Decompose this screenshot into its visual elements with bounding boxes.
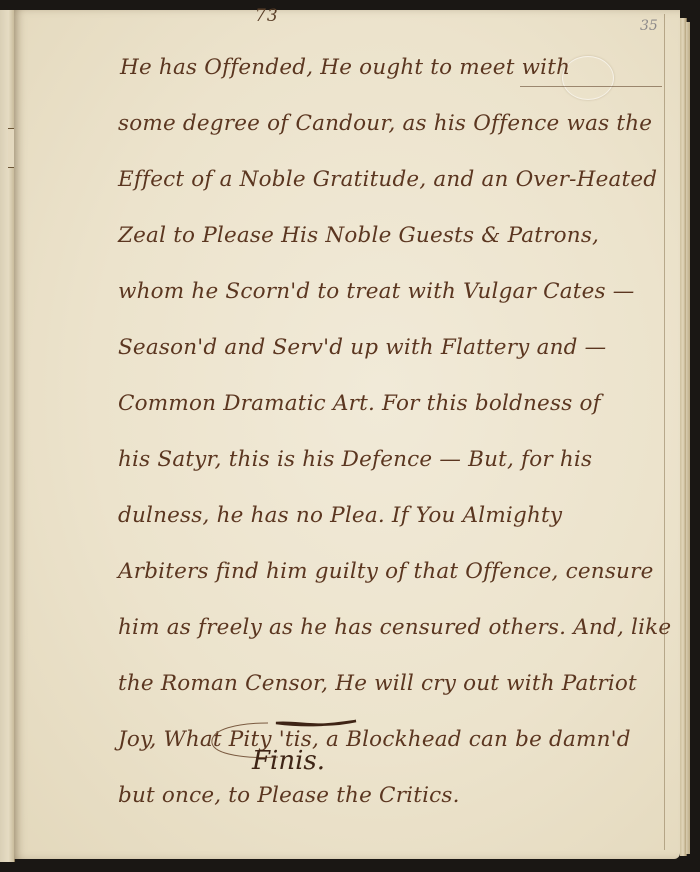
text-line: some degree of Candour, as his Offence w… — [118, 96, 678, 152]
manuscript-text: He has Offended, He ought to meet with s… — [118, 40, 678, 824]
page-number: 73 — [255, 6, 279, 26]
text-line: the Roman Censor, He will cry out with P… — [118, 656, 678, 712]
text-line: He has Offended, He ought to meet with — [118, 40, 678, 96]
text-line: whom he Scorn'd to treat with Vulgar Cat… — [118, 264, 678, 320]
text-line: Joy, What Pity 'tis, a Blockhead can be … — [118, 712, 678, 768]
page-stack-edge-outer — [686, 22, 690, 854]
text-line: Arbiters find him guilty of that Offence… — [118, 544, 678, 600]
text-line: Zeal to Please His Noble Guests & Patron… — [118, 208, 678, 264]
folio-number-pencil: 35 — [640, 18, 658, 34]
text-line: Common Dramatic Art. For this boldness o… — [118, 376, 678, 432]
text-line: dulness, he has no Plea. If You Almighty — [118, 488, 678, 544]
closing-finis: Finis. — [252, 746, 325, 776]
text-line: Season'd and Serv'd up with Flattery and… — [118, 320, 678, 376]
text-line: him as freely as he has censured others.… — [118, 600, 678, 656]
manuscript-scan: 73 35 He has Offended, He ought to meet … — [0, 0, 700, 872]
text-line: Effect of a Noble Gratitude, and an Over… — [118, 152, 678, 208]
text-line: but once, to Please the Critics. — [118, 768, 678, 824]
text-line: his Satyr, this is his Defence — But, fo… — [118, 432, 678, 488]
